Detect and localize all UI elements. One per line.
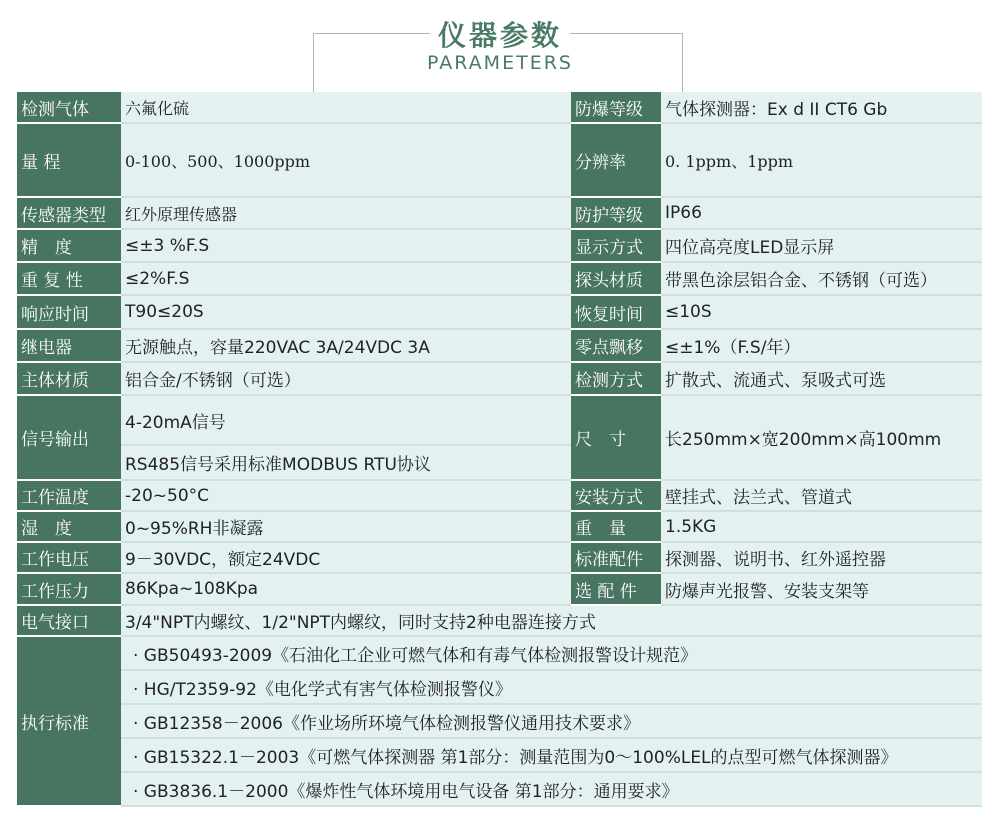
param-value: 3/4"NPT内螺纹、1/2"NPT内螺纹，同时支持2种电器连接方式 bbox=[121, 605, 982, 636]
param-label: 标准配件 bbox=[571, 542, 661, 573]
header: 仪器参数 PARAMETERS bbox=[0, 0, 1000, 92]
table-row: 重 复 性≤2%F.S探头材质带黑色涂层铝合金、不锈钢（可选） bbox=[17, 262, 982, 295]
param-value: 0-100、500、1000ppm bbox=[121, 123, 571, 197]
param-value: 带黑色涂层铝合金、不锈钢（可选） bbox=[661, 262, 982, 295]
param-value: 红外原理传感器 bbox=[121, 197, 571, 229]
param-label: 主体材质 bbox=[17, 362, 121, 395]
param-label: 工作温度 bbox=[17, 480, 121, 511]
param-label: 分辨率 bbox=[571, 123, 661, 197]
table-row: 信号输出4-20mA信号尺 寸长250mm×宽200mm×高100mm bbox=[17, 395, 982, 445]
table-row: · GB3836.1－2000《爆炸性气体环境用电气设备 第1部分：通用要求》 bbox=[17, 772, 982, 806]
param-label: 响应时间 bbox=[17, 295, 121, 329]
param-value: 防爆声光报警、安装支架等 bbox=[661, 573, 982, 605]
param-value: 四位高亮度LED显示屏 bbox=[661, 229, 982, 262]
param-label: 量 程 bbox=[17, 123, 121, 197]
table-row: 工作压力86Kpa~108Kpa选 配 件防爆声光报警、安装支架等 bbox=[17, 573, 982, 605]
param-label: 继电器 bbox=[17, 329, 121, 362]
param-value: 0~95%RH非凝露 bbox=[121, 511, 571, 542]
table-row: 继电器无源触点，容量220VAC 3A/24VDC 3A零点飘移≤±1%（F.S… bbox=[17, 329, 982, 362]
table-row: 工作温度-20~50°C安装方式壁挂式、法兰式、管道式 bbox=[17, 480, 982, 511]
standard-item: · GB15322.1－2003《可燃气体探测器 第1部分：测量范围为0～100… bbox=[121, 738, 982, 772]
table-row: 响应时间T90≤20S恢复时间≤10S bbox=[17, 295, 982, 329]
param-value: 壁挂式、法兰式、管道式 bbox=[661, 480, 982, 511]
param-value: 0. 1ppm、1ppm bbox=[661, 123, 982, 197]
param-label: 精 度 bbox=[17, 229, 121, 262]
standard-item: · HG/T2359-92《电化学式有害气体检测报警仪》 bbox=[121, 670, 982, 704]
param-label: 执行标准 bbox=[17, 636, 121, 806]
param-label: 防爆等级 bbox=[571, 92, 661, 123]
param-label: 检测气体 bbox=[17, 92, 121, 123]
table-row: · HG/T2359-92《电化学式有害气体检测报警仪》 bbox=[17, 670, 982, 704]
page-title: 仪器参数 bbox=[0, 14, 1000, 54]
table-row: 电气接口3/4"NPT内螺纹、1/2"NPT内螺纹，同时支持2种电器连接方式 bbox=[17, 605, 982, 636]
table-row: 检测气体六氟化硫防爆等级气体探测器：Ex d II CT6 Gb bbox=[17, 92, 982, 123]
table-row: 传感器类型红外原理传感器防护等级IP66 bbox=[17, 197, 982, 229]
table-row: 湿 度0~95%RH非凝露重 量1.5KG bbox=[17, 511, 982, 542]
standard-item: · GB3836.1－2000《爆炸性气体环境用电气设备 第1部分：通用要求》 bbox=[121, 772, 982, 806]
table-row: 主体材质铝合金/不锈钢（可选）检测方式扩散式、流通式、泵吸式可选 bbox=[17, 362, 982, 395]
param-label: 工作电压 bbox=[17, 542, 121, 573]
param-value: T90≤20S bbox=[121, 295, 571, 329]
param-label: 电气接口 bbox=[17, 605, 121, 636]
param-value: 4-20mA信号 bbox=[121, 395, 571, 445]
param-label: 信号输出 bbox=[17, 395, 121, 480]
param-label: 检测方式 bbox=[571, 362, 661, 395]
page-subtitle: PARAMETERS bbox=[0, 52, 1000, 74]
table-row: 工作电压9－30VDC，额定24VDC标准配件探测器、说明书、红外遥控器 bbox=[17, 542, 982, 573]
param-value: 无源触点，容量220VAC 3A/24VDC 3A bbox=[121, 329, 571, 362]
param-value: ≤±1%（F.S/年） bbox=[661, 329, 982, 362]
param-value: -20~50°C bbox=[121, 480, 571, 511]
param-label: 零点飘移 bbox=[571, 329, 661, 362]
param-value: 9－30VDC，额定24VDC bbox=[121, 542, 571, 573]
param-value: 长250mm×宽200mm×高100mm bbox=[661, 395, 982, 480]
standard-item: · GB12358－2006《作业场所环境气体检测报警仪通用技术要求》 bbox=[121, 704, 982, 738]
param-value: ≤2%F.S bbox=[121, 262, 571, 295]
param-label: 传感器类型 bbox=[17, 197, 121, 229]
param-value: 六氟化硫 bbox=[121, 92, 571, 123]
param-value: IP66 bbox=[661, 197, 982, 229]
table-row: 量 程0-100、500、1000ppm分辨率0. 1ppm、1ppm bbox=[17, 123, 982, 197]
param-label: 湿 度 bbox=[17, 511, 121, 542]
param-label: 重 量 bbox=[571, 511, 661, 542]
param-value: 气体探测器：Ex d II CT6 Gb bbox=[661, 92, 982, 123]
param-label: 显示方式 bbox=[571, 229, 661, 262]
param-value: 1.5KG bbox=[661, 511, 982, 542]
param-label: 安装方式 bbox=[571, 480, 661, 511]
parameters-table: 检测气体六氟化硫防爆等级气体探测器：Ex d II CT6 Gb量 程0-100… bbox=[17, 92, 982, 807]
param-label: 选 配 件 bbox=[571, 573, 661, 605]
standard-item: · GB50493-2009《石油化工企业可燃气体和有毒气体检测报警设计规范》 bbox=[121, 636, 982, 670]
table-row: · GB12358－2006《作业场所环境气体检测报警仪通用技术要求》 bbox=[17, 704, 982, 738]
param-label: 恢复时间 bbox=[571, 295, 661, 329]
param-value: 探测器、说明书、红外遥控器 bbox=[661, 542, 982, 573]
table-row: · GB15322.1－2003《可燃气体探测器 第1部分：测量范围为0～100… bbox=[17, 738, 982, 772]
param-label: 重 复 性 bbox=[17, 262, 121, 295]
param-label: 尺 寸 bbox=[571, 395, 661, 480]
param-value: 扩散式、流通式、泵吸式可选 bbox=[661, 362, 982, 395]
param-label: 防护等级 bbox=[571, 197, 661, 229]
param-value: 86Kpa~108Kpa bbox=[121, 573, 571, 605]
param-label: 工作压力 bbox=[17, 573, 121, 605]
param-value: ≤±3 %F.S bbox=[121, 229, 571, 262]
param-value: RS485信号采用标准MODBUS RTU协议 bbox=[121, 445, 571, 480]
table-row: 执行标准· GB50493-2009《石油化工企业可燃气体和有毒气体检测报警设计… bbox=[17, 636, 982, 670]
param-label: 探头材质 bbox=[571, 262, 661, 295]
param-value: ≤10S bbox=[661, 295, 982, 329]
table-row: 精 度≤±3 %F.S显示方式四位高亮度LED显示屏 bbox=[17, 229, 982, 262]
param-value: 铝合金/不锈钢（可选） bbox=[121, 362, 571, 395]
